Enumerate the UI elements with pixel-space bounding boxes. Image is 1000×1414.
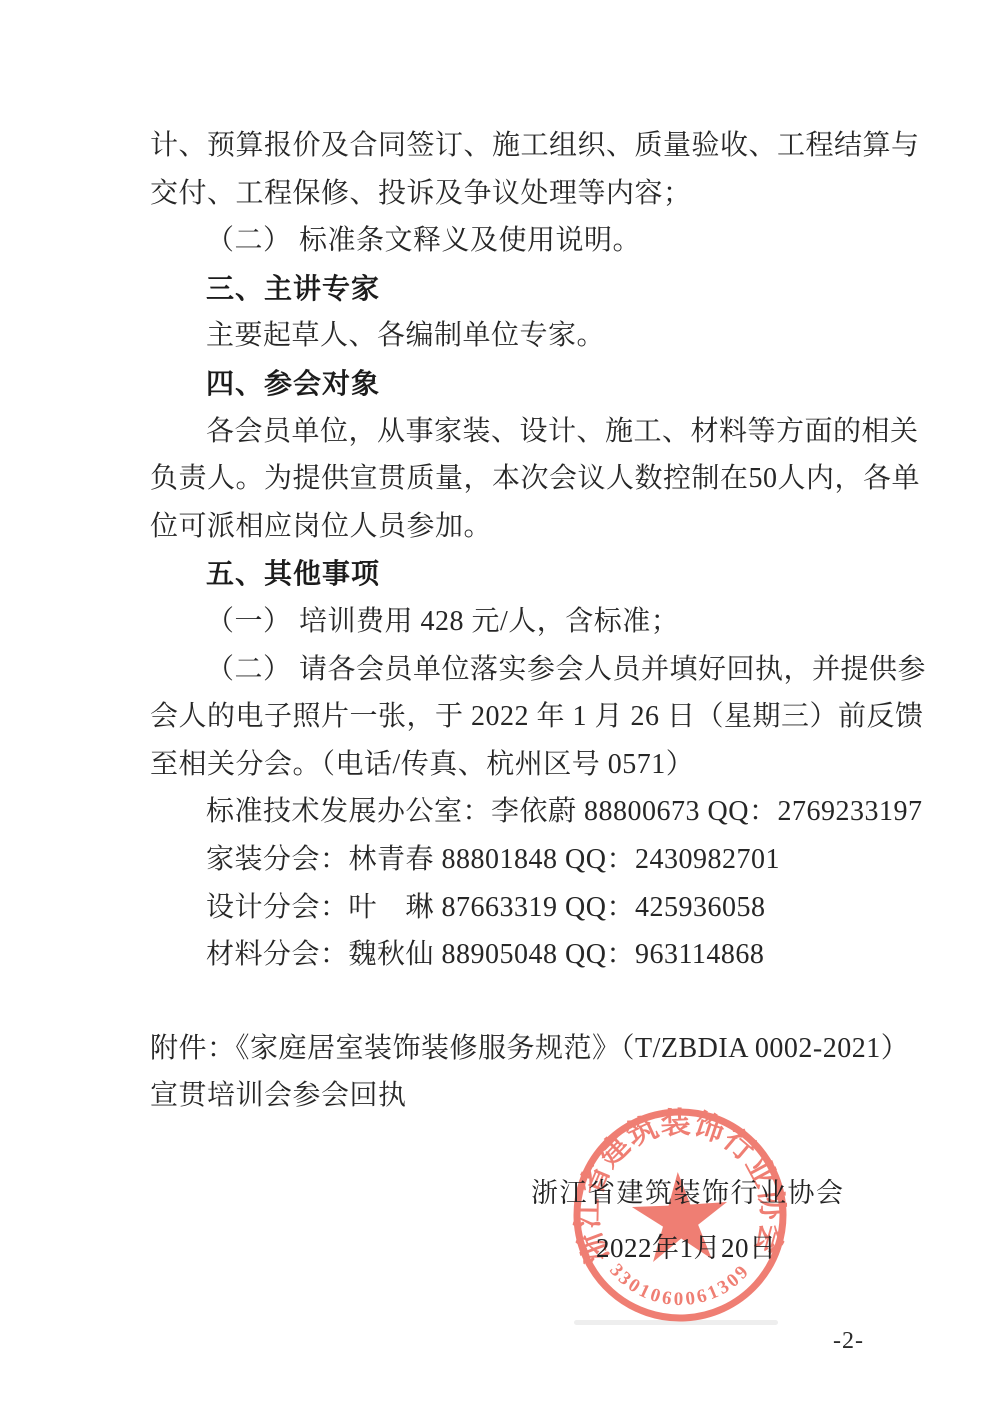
text-line: 会人的电子照片一张，于 2022 年 1 月 26 日（星期三）前反馈 [150,693,875,741]
text-line: 计、预算报价及合同签订、施工组织、质量验收、工程结算与 [150,122,875,170]
blank-line [150,979,875,1025]
text-line: 负责人。为提供宣贯质量，本次会议人数控制在50人内，各单 [150,455,875,503]
text-line: 各会员单位，从事家装、设计、施工、材料等方面的相关 [150,408,875,456]
page-number: -2- [833,1328,864,1355]
text-line: （二） 标准条文释义及使用说明。 [150,217,875,265]
signature-organization: 浙江省建筑装饰行业协会 [531,1171,845,1210]
document-page: 计、预算报价及合同签订、施工组织、质量验收、工程结算与 交付、工程保修、投诉及争… [0,0,1000,1414]
contact-line: 家装分会：林青春 88801848 QQ：2430982701 [150,836,875,884]
text-line: （一） 培训费用 428 元/人，含标准； [150,598,875,646]
text-line: 主要起草人、各编制单位专家。 [150,312,875,360]
section-heading: 四、参会对象 [150,360,875,408]
contact-line: 材料分会：魏秋仙 88905048 QQ：963114868 [150,931,875,979]
text-line: 至相关分会。（电话/传真、杭州区号 0571） [150,741,875,789]
signature-date: 2022年1月20日 [596,1226,777,1265]
official-seal: 浙江省建筑装饰行业协会 3301060061309 [564,1099,795,1330]
attachment-line: 附件：《家庭居室装饰装修服务规范》（T/ZBDIA 0002-2021） [150,1025,875,1073]
section-heading: 三、主讲专家 [150,265,875,313]
text-line: 位可派相应岗位人员参加。 [150,503,875,551]
contact-line: 设计分会：叶 琳 87663319 QQ：425936058 [150,884,875,932]
contact-line: 标准技术发展办公室：李依蔚 88800673 QQ：2769233197 [150,788,875,836]
text-line: 交付、工程保修、投诉及争议处理等内容； [150,170,875,218]
document-body: 计、预算报价及合同签订、施工组织、质量验收、工程结算与 交付、工程保修、投诉及争… [150,122,875,1120]
text-line: （二） 请各会员单位落实参会人员并填好回执，并提供参 [150,646,875,694]
section-heading: 五、其他事项 [150,550,875,598]
